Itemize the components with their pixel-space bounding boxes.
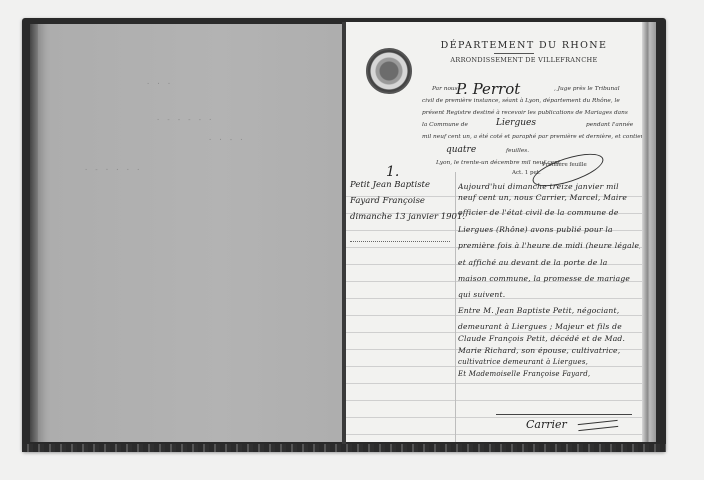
right-page: DÉPARTEMENT DU RHONE ARRONDISSEMENT DE V… bbox=[346, 22, 642, 442]
cert-line-3: présent Registre destiné à recevoir les … bbox=[422, 110, 632, 116]
cert-line-2: civil de première instance, séant à Lyon… bbox=[422, 98, 632, 104]
cert-line-6-suffix: feuilles. bbox=[506, 148, 529, 154]
judge-signature: P. Perrot bbox=[456, 80, 520, 98]
cert-date-line: Lyon, le trente-un décembre mil neuf cen… bbox=[436, 160, 642, 166]
arrondissement-subtitle: ARRONDISSEMENT DE VILLEFRANCHE bbox=[346, 56, 642, 64]
cert-line-4-suffix: pendant l'année bbox=[586, 122, 633, 128]
commune-name: Liergues bbox=[496, 118, 536, 128]
margin-note-underline bbox=[350, 240, 450, 242]
entry-line: Claude François Petit, décédé et de Mad. bbox=[458, 334, 640, 343]
left-page-blank: · · · · - - - - · · · - · · - · · · · bbox=[38, 24, 342, 442]
seal-icon bbox=[366, 48, 412, 94]
entry-line: officier de l'état civil de la commune d… bbox=[458, 208, 640, 217]
bleed-through-mark: · - - - - · bbox=[156, 116, 213, 124]
officer-signature: Carrier bbox=[526, 418, 567, 431]
left-page-edge bbox=[30, 24, 38, 442]
cert-line-5: mil neuf cent un, a été coté et paraphé … bbox=[422, 134, 632, 140]
entry-line: demeurant à Liergues ; Majeur et fils de bbox=[458, 322, 640, 331]
margin-note-date: dimanche 13 janvier 1901. bbox=[350, 212, 465, 222]
entry-line: maison commune, la promesse de mariage bbox=[458, 274, 640, 283]
department-title: DÉPARTEMENT DU RHONE bbox=[346, 40, 642, 51]
entry-line: Aujourd'hui dimanche treize janvier mil bbox=[458, 182, 640, 191]
entry-line: et affiché au devant de la porte de la bbox=[458, 258, 640, 267]
bleed-through-mark: · · - · bbox=[208, 136, 245, 144]
margin-note-groom: Petit Jean Baptiste bbox=[350, 180, 430, 190]
page-stack-edge bbox=[642, 22, 656, 442]
entry-line: Liergues (Rhône) avons publié pour la bbox=[458, 225, 640, 234]
entry-line: Marie Richard, son épouse, cultivatrice, bbox=[458, 346, 640, 355]
closing-rule bbox=[496, 414, 632, 415]
stamp-annotation: Act. 1 pet. bbox=[512, 170, 541, 176]
stamp-text: Première feuille bbox=[542, 162, 587, 168]
entry-number: 1. bbox=[386, 164, 399, 180]
entry-line: qui suivent. bbox=[458, 290, 640, 299]
cert-line-1-suffix: , Juge près le Tribunal bbox=[554, 86, 620, 92]
entry-line: neuf cent un, nous Carrier, Marcel, Mair… bbox=[458, 193, 640, 202]
page-count: quatre bbox=[446, 145, 476, 155]
bleed-through-mark: · · · bbox=[146, 80, 172, 88]
entry-line: cultivatrice demeurant à Liergues, bbox=[458, 358, 640, 366]
binder-bottom-edge bbox=[22, 444, 666, 452]
margin-note-bride: Fayard Françoise bbox=[350, 196, 425, 206]
entry-line: première fois à l'heure de midi (heure l… bbox=[458, 241, 640, 250]
cert-line-4-prefix: la Commune de bbox=[422, 122, 468, 128]
header-rule bbox=[494, 53, 534, 54]
bleed-through-mark: · - · · · · bbox=[84, 166, 141, 174]
entry-line: Et Mademoiselle Françoise Fayard, bbox=[458, 370, 640, 378]
entry-line: Entre M. Jean Baptiste Petit, négociant, bbox=[458, 306, 640, 315]
